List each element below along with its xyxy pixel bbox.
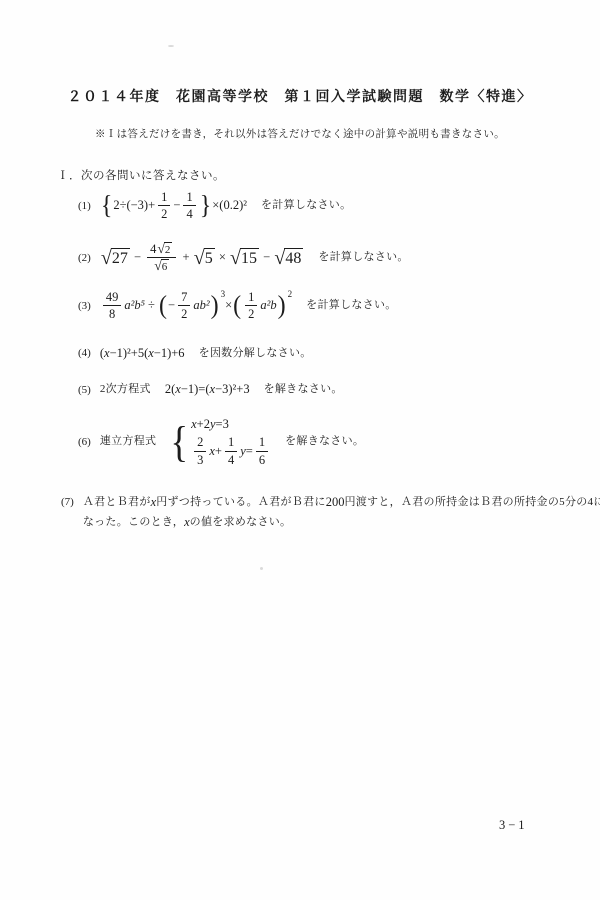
denominator: √6 — [150, 258, 173, 274]
problem-line: 498a²b⁵ ÷ (−72ab²)3×(12a²b)2を計算しなさい。 — [100, 290, 397, 322]
jp-text: の値を求めなさい。 — [190, 515, 292, 529]
problem-lines: √27 − 4√2√6 + √5 × √15 − √48を計算しなさい。 — [100, 242, 409, 274]
fraction: 14 — [183, 190, 195, 222]
problem: (6)連立方程式{x+2y=323x+14y=16を解きなさい。 — [78, 417, 364, 467]
jp-text: 円ずつ持っている。Ａ君がＢ君に — [156, 495, 326, 509]
numerator: 2 — [194, 435, 206, 451]
numerator: 49 — [103, 290, 122, 306]
denominator: 8 — [106, 306, 118, 321]
fraction: 498 — [103, 290, 122, 322]
denominator: 3 — [194, 452, 206, 467]
math-text: 2 — [161, 207, 167, 221]
problem-lines: 2次方程式2(x−1)=(x−3)²+3を解きなさい。 — [100, 382, 343, 398]
problem-lines: 連立方程式{x+2y=323x+14y=16を解きなさい。 — [100, 417, 364, 467]
problem-number: (4) — [78, 347, 91, 359]
big-delimiter: } — [200, 193, 212, 219]
math-text: ×(0.2)² — [212, 198, 247, 214]
problem-number: (3) — [78, 300, 91, 312]
problem-line: √27 − 4√2√6 + √5 × √15 − √48を計算しなさい。 — [100, 242, 409, 274]
problem-line: 連立方程式{x+2y=323x+14y=16を解きなさい。 — [100, 417, 364, 467]
jp-text: を計算しなさい。 — [306, 299, 396, 313]
radicand: 27 — [111, 248, 130, 268]
jp-text: 2次方程式 — [100, 383, 151, 397]
math-text: − — [131, 250, 144, 266]
math-text: −1)+6 — [154, 346, 185, 362]
radical: √27 — [101, 248, 130, 268]
problem: (1){2÷(−3)+12−14}×(0.2)²を計算しなさい。 — [78, 190, 351, 222]
denominator: 4 — [183, 206, 195, 221]
jp-text: を解きなさい。 — [264, 383, 343, 397]
numerator: 1 — [158, 190, 170, 206]
problem-number: (6) — [78, 436, 91, 448]
problem-number: (2) — [78, 252, 91, 264]
radicand: 48 — [284, 248, 303, 268]
problem-lines: (x−1)²+5(x−1)+6を因数分解しなさい。 — [100, 346, 312, 362]
problem-line: なった。このとき，xの値を求めなさい。 — [83, 514, 600, 530]
radicand: 2 — [164, 242, 173, 257]
math-text: 4 — [228, 453, 234, 467]
math-text: − — [173, 198, 180, 214]
denominator: 2 — [178, 306, 190, 321]
problem-lines: 498a²b⁵ ÷ (−72ab²)3×(12a²b)2を計算しなさい。 — [100, 290, 397, 322]
big-delimiter: ( — [233, 293, 241, 319]
math-text: + — [215, 444, 222, 460]
math-text: 4 — [150, 242, 156, 256]
math-text: − — [168, 298, 175, 314]
jp-text: 連立方程式 — [100, 435, 157, 449]
math-text: 6 — [259, 453, 265, 467]
radicand: 15 — [240, 248, 259, 268]
math-text: 1 — [248, 290, 254, 304]
problem: (2)√27 − 4√2√6 + √5 × √15 − √48を計算しなさい。 — [78, 242, 409, 274]
jp-text: 円渡すと，Ａ君の所持金はＢ君の所持金の5分の4に — [344, 495, 600, 509]
math-variable: a²b⁵ — [124, 298, 145, 314]
exam-title: ２０１４年度 花園高等学校 第１回入学試験問題 数学〈特進〉 — [0, 86, 600, 106]
math-text: 200 — [326, 494, 345, 510]
fraction: 14 — [225, 435, 237, 467]
math-text: =3 — [216, 417, 229, 433]
numerator: 4√2 — [147, 242, 176, 259]
fraction: 4√2√6 — [147, 242, 176, 274]
radical: √48 — [274, 248, 303, 268]
problem: (4)(x−1)²+5(x−1)+6を因数分解しなさい。 — [78, 346, 312, 362]
problem: (5)2次方程式2(x−1)=(x−3)²+3を解きなさい。 — [78, 382, 343, 398]
radicand: 6 — [161, 259, 170, 274]
problem: (3)498a²b⁵ ÷ (−72ab²)3×(12a²b)2を計算しなさい。 — [78, 290, 397, 322]
jp-text: を計算しなさい。 — [261, 199, 351, 213]
problem-number: (5) — [78, 384, 91, 396]
radical: √6 — [154, 259, 169, 274]
problem-lines: Ａ君とＢ君がx円ずつ持っている。Ａ君がＢ君に200円渡すと，Ａ君の所持金はＢ君の… — [83, 494, 600, 535]
problem-line: 2次方程式2(x−1)=(x−3)²+3を解きなさい。 — [100, 382, 343, 398]
math-text: × — [225, 298, 232, 314]
fraction: 12 — [245, 290, 257, 322]
math-text: 2 — [181, 307, 187, 321]
fraction: 12 — [158, 190, 170, 222]
jp-text: Ａ君とＢ君が — [83, 495, 151, 509]
jp-text: を因数分解しなさい。 — [199, 347, 312, 361]
math-text: 1 — [259, 435, 265, 449]
instruction-note: ※Ｉは答えだけを書き，それ以外は答えだけでなく途中の計算や説明も書きなさい。 — [0, 126, 600, 141]
math-text: × — [216, 250, 229, 266]
scan-artifact — [168, 45, 174, 47]
exam-sheet: ２０１４年度 花園高等学校 第１回入学試験問題 数学〈特進〉 ※Ｉは答えだけを書… — [0, 0, 600, 900]
numerator: 7 — [178, 290, 190, 306]
math-text: 1 — [161, 190, 167, 204]
math-text: 49 — [106, 290, 119, 304]
problem-line: {2÷(−3)+12−14}×(0.2)²を計算しなさい。 — [100, 190, 352, 222]
math-variable: a²b — [260, 298, 276, 314]
math-text: −3)²+3 — [215, 382, 250, 398]
radicand: 5 — [204, 248, 215, 268]
math-text: + — [179, 250, 192, 266]
problem: (7)Ａ君とＢ君がx円ずつ持っている。Ａ君がＢ君に200円渡すと，Ａ君の所持金は… — [61, 494, 600, 535]
denominator: 4 — [225, 452, 237, 467]
math-text: +2 — [197, 417, 210, 433]
math-text: 8 — [109, 307, 115, 321]
jp-text: なった。このとき， — [83, 515, 184, 529]
denominator: 2 — [245, 306, 257, 321]
big-delimiter: { — [101, 193, 113, 219]
problem-lines: {2÷(−3)+12−14}×(0.2)²を計算しなさい。 — [100, 190, 352, 222]
math-text: 2 — [197, 435, 203, 449]
math-text: 4 — [186, 207, 192, 221]
page-number: 3−1 — [499, 818, 528, 833]
numerator: 1 — [225, 435, 237, 451]
math-text: = — [246, 444, 253, 460]
numerator: 1 — [256, 435, 268, 451]
numerator: 1 — [183, 190, 195, 206]
radical: √2 — [157, 242, 172, 257]
fraction: 72 — [178, 290, 190, 322]
math-text: ÷ — [145, 298, 158, 314]
math-text: −1)=( — [181, 382, 210, 398]
equation-row: x+2y=3 — [191, 417, 229, 433]
section-heading: Ｉ．次の各問いに答えなさい。 — [57, 167, 225, 183]
big-delimiter: { — [170, 420, 188, 464]
denominator: 2 — [158, 206, 170, 221]
equation-stack: x+2y=323x+14y=16 — [191, 417, 271, 467]
problem-line: (x−1)²+5(x−1)+6を因数分解しなさい。 — [100, 346, 312, 362]
math-text: 1 — [186, 190, 192, 204]
math-text: 2( — [165, 382, 175, 398]
superscript: 2 — [288, 289, 293, 300]
denominator: 6 — [256, 452, 268, 467]
problem-line: Ａ君とＢ君がx円ずつ持っている。Ａ君がＢ君に200円渡すと，Ａ君の所持金はＢ君の… — [83, 494, 600, 510]
math-text: 7 — [181, 290, 187, 304]
math-text: 3 — [197, 453, 203, 467]
math-text: 1 — [228, 435, 234, 449]
radical: √15 — [230, 248, 259, 268]
numerator: 1 — [245, 290, 257, 306]
math-text: 2 — [248, 307, 254, 321]
problems: (1){2÷(−3)+12−14}×(0.2)²を計算しなさい。(2)√27 −… — [78, 190, 575, 535]
equation-row: 23x+14y=16 — [191, 435, 271, 467]
big-delimiter: ) — [278, 293, 286, 319]
big-delimiter: ) — [211, 293, 219, 319]
big-delimiter: ( — [159, 293, 167, 319]
problem-number: (7) — [61, 496, 74, 508]
jp-text: を解きなさい。 — [285, 435, 364, 449]
problem-number: (1) — [78, 200, 91, 212]
math-variable: ab² — [193, 298, 209, 314]
math-text: 2÷(−3)+ — [113, 198, 155, 214]
math-text: − — [260, 250, 273, 266]
jp-text: を計算しなさい。 — [318, 251, 408, 265]
fraction: 23 — [194, 435, 206, 467]
math-text: −1)²+5( — [110, 346, 149, 362]
radical: √5 — [194, 248, 215, 268]
fraction: 16 — [256, 435, 268, 467]
scan-artifact — [260, 567, 263, 570]
